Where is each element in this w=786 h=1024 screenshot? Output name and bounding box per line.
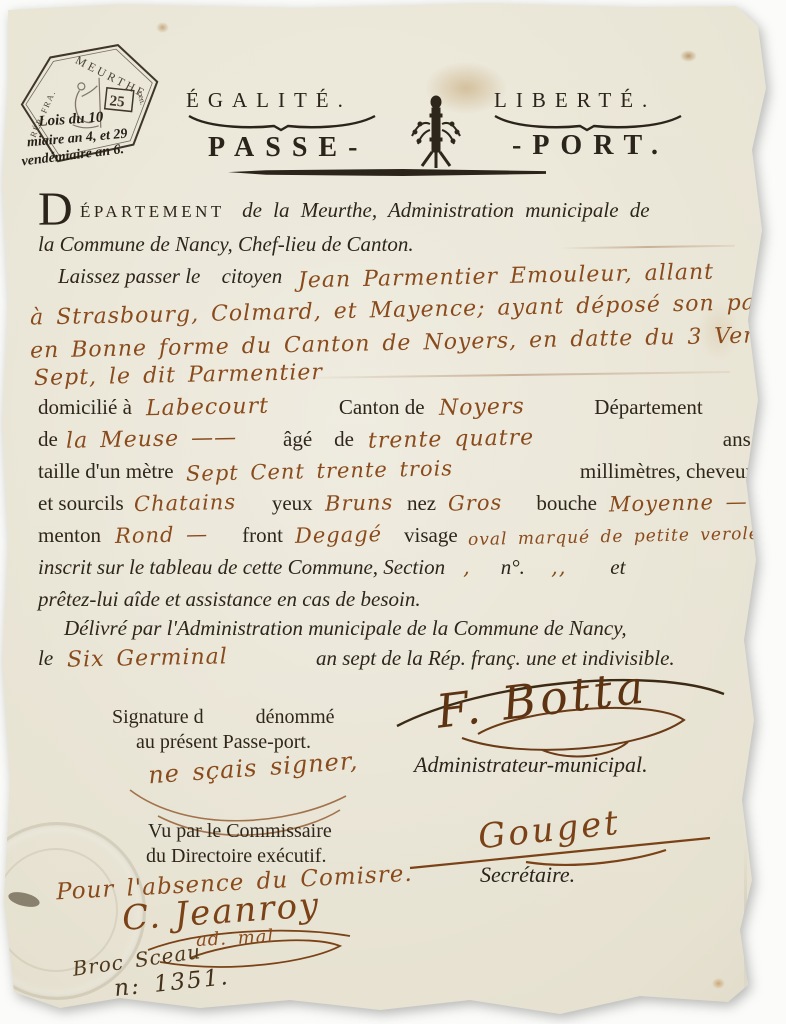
bouche-label: bouche [536, 491, 597, 516]
body-line-13: prêtez-lui aîde et assistance en cas de … [38, 587, 756, 612]
hw-visage: oval marqué de petite verole [468, 524, 760, 550]
signature-label-1a: Signature d [112, 706, 204, 729]
fold-crease [744, 840, 747, 1010]
yeux-label: yeux [272, 491, 313, 516]
hw-ne-sait-signer: ne sçais signer, [148, 754, 358, 782]
hw-tick2: ,, [551, 555, 567, 579]
brace-ornament-right [492, 112, 684, 132]
front-label: front [242, 523, 283, 548]
body-line-8: de la Meuse —— âgé de trente quatre ans, [38, 427, 756, 452]
nez-label: nez [407, 491, 436, 516]
hw-nez: Gros [448, 490, 503, 515]
body-line-1: ÉPARTEMENT de la Meurthe, Administration… [80, 198, 756, 223]
brace-ornament-left [186, 112, 378, 132]
visage-label: visage [404, 523, 458, 548]
hw-taille: Sept Cent trente trois [185, 456, 453, 486]
hw-name: Jean Parmentier Emouleur, allant [297, 260, 713, 294]
et-label: et [610, 555, 625, 580]
hw-canton: Noyers [438, 394, 524, 421]
menton-label: menton [38, 523, 101, 548]
body-line-10: et sourcils Chatains yeux Bruns nez Gros… [38, 491, 756, 516]
body-line-11: menton Rond — front Degagé visage oval m… [38, 523, 756, 548]
sourcils-label: et sourcils [38, 491, 124, 516]
millimetres-label: millimètres, cheveux [580, 459, 756, 484]
secretaire-title: Secrétaire. [480, 862, 575, 888]
line1-rest: de la Meurthe, Administration municipale… [242, 198, 650, 222]
vu-commissaire-line2: du Directoire exécutif. [146, 845, 326, 868]
laissez-passer-label: Laissez passer le [58, 264, 200, 288]
revenue-stamp: MEURTHE RÉP. FRA. 25 cen. Lois du 10 mia… [12, 37, 174, 172]
signature-label-line1: Signature d dénommé [112, 706, 335, 729]
hw-front: Degagé [295, 522, 383, 548]
hw-date: Six Germinal [67, 644, 228, 672]
departement-caps: ÉPARTEMENT [80, 202, 225, 221]
body-line-3: Laissez passer le citoyen Jean Parmentie… [58, 264, 756, 289]
numero-label: n°. [501, 555, 525, 580]
inscrit-label: inscrit sur le tableau de cette Commune,… [38, 555, 445, 580]
taille-label: taille d'un mètre [38, 459, 174, 484]
body-line-14: Délivré par l'Administration municipale … [64, 616, 756, 641]
hw-cheveux: Chatains [133, 490, 236, 516]
stamp-value-unit: cen. [136, 91, 148, 106]
body-line-9: taille d'un mètre Sept Cent trente trois… [38, 459, 756, 484]
signature-label-line2: au présent Passe-port. [136, 731, 311, 754]
ans-label: ans, [723, 427, 756, 452]
port-heading: -PORT. [512, 130, 669, 162]
hw-botta-signature: F. Botta [436, 672, 648, 726]
citoyen-label: citoyen [222, 264, 283, 288]
age-label: âgé [283, 427, 312, 452]
age-de-label: de [334, 427, 354, 452]
administrateur-title: Administrateur-municipal. [414, 752, 648, 778]
body-line-4: à Strasbourg, Colmard, et Mayence; ayant… [30, 297, 756, 322]
hw-admal-note: ad. mal [196, 928, 274, 949]
stain-dot-top-left [156, 22, 169, 33]
hw-domicile: Labecourt [146, 394, 269, 422]
hw-yeux: Bruns [324, 490, 393, 515]
body-line-7: domicilié à Labecourt Canton de Noyers D… [38, 395, 756, 420]
body-line-5: en Bonne forme du Canton de Noyers, en d… [30, 330, 756, 355]
aged-paper-sheet: MEURTHE RÉP. FRA. 25 cen. Lois du 10 mia… [0, 0, 786, 1024]
body-line-12: inscrit sur le tableau de cette Commune,… [38, 555, 756, 580]
body-line-2: la Commune de Nancy, Chef-lieu de Canton… [38, 232, 756, 257]
stamp-value: 25 [109, 93, 126, 110]
domicilie-label: domicilié à [38, 395, 132, 420]
egalite-heading: ÉGALITÉ. [186, 88, 352, 113]
stain-left-edge [0, 38, 8, 54]
stain-dot-top-right [680, 50, 697, 62]
canton-label: Canton de [339, 395, 425, 420]
vu-commissaire-line1: Vu par le Commissaire [148, 820, 332, 843]
de-label: de [38, 427, 58, 452]
passe-heading: PASSE- [208, 132, 368, 164]
hw-bouche: Moyenne — [609, 490, 748, 517]
header-rule [228, 169, 546, 176]
passport-document: MEURTHE RÉP. FRA. 25 cen. Lois du 10 mia… [0, 0, 786, 1024]
hw-age: trente quatre [368, 425, 535, 453]
hw-registry-number: n: 1351. [114, 970, 230, 996]
liberte-heading: LIBERTÉ. [494, 88, 656, 113]
hw-menton: Rond — [115, 522, 209, 548]
stain-bottom-right [712, 978, 725, 989]
signature-label-1b: dénommé [256, 706, 335, 729]
le-label: le [38, 646, 53, 671]
hw-tick1: , [463, 555, 471, 579]
hw-sept: Sept, le dit Parmentier [34, 360, 323, 391]
dropcap-d: D [38, 186, 73, 234]
fasces-emblem-icon [408, 94, 464, 172]
departement2-label: Département [594, 395, 702, 420]
hw-departement: la Meuse —— [66, 425, 238, 454]
